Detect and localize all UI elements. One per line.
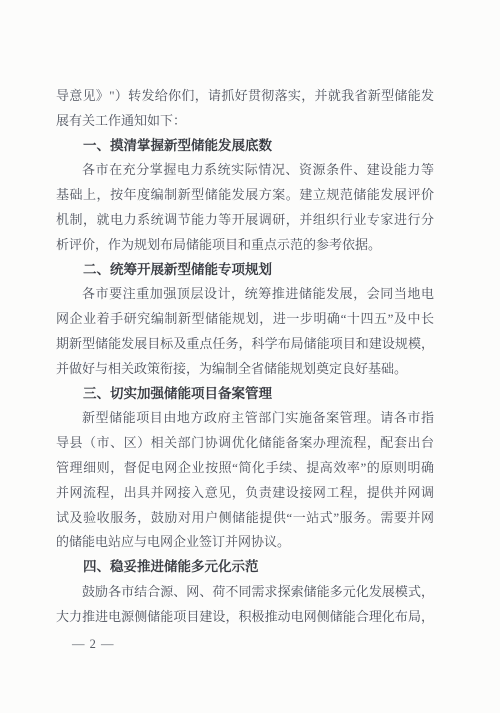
text-line: 展有关工作通知如下：: [56, 109, 434, 134]
text-line: 并做好与相关政策衔接，为编制全省储能规划奠定良好基础。: [56, 357, 434, 382]
text-line: 各市要注重加强顶层设计，统筹推进储能发展，会同当地电: [56, 282, 434, 307]
text-line: 并网流程，出具并网接入意见，负责建设接网工程，提供并网调: [56, 481, 434, 506]
section-heading: 三、切实加强储能项目备案管理: [56, 382, 434, 407]
text-line: 试及验收服务，鼓励对用户侧储能提供“一站式”服务。需要并网: [56, 506, 434, 531]
text-line: 管理细则，督促电网企业按照“简化手续、提高效率”的原则明确: [56, 456, 434, 481]
text-line: 的储能电站应与电网企业签订并网协议。: [56, 530, 434, 555]
section-heading: 四、稳妥推进储能多元化示范: [56, 555, 434, 580]
text-line: 机制，就电力系统调节能力等开展调研，并组织行业专家进行分: [56, 208, 434, 233]
text-line: 新型储能项目由地方政府主管部门实施备案管理。请各市指: [56, 406, 434, 431]
scanned-document-page: 导意见》"）转发给你们，请抓好贯彻落实，并就我省新型储能发 展有关工作通知如下：…: [0, 0, 500, 713]
text-line: 各市在充分掌握电力系统实际情况、资源条件、建设能力等: [56, 158, 434, 183]
text-line: 大力推进电源侧储能项目建设，积极推动电网侧储能合理化布局，: [56, 605, 434, 630]
text-line: 期新型储能发展目标及重点任务，科学布局储能项目和建设规模，: [56, 332, 434, 357]
text-line: 导意见》"）转发给你们，请抓好贯彻落实，并就我省新型储能发: [56, 84, 434, 109]
section-heading: 二、统筹开展新型储能专项规划: [56, 258, 434, 283]
text-line: 网企业着手研究编制新型储能规划，进一步明确“十四五”及中长: [56, 307, 434, 332]
text-line: 鼓励各市结合源、网、荷不同需求探索储能多元化发展模式，: [56, 580, 434, 605]
page-number: — 2 —: [72, 634, 115, 654]
text-line: 导县（市、区）相关部门协调优化储能备案办理流程，配套出台: [56, 431, 434, 456]
text-line: 基础上，按年度编制新型储能发展方案。建立规范储能发展评价: [56, 183, 434, 208]
text-line: 析评价，作为规划布局储能项目和重点示范的参考依据。: [56, 233, 434, 258]
section-heading: 一、摸清掌握新型储能发展底数: [56, 134, 434, 159]
document-body: 导意见》"）转发给你们，请抓好贯彻落实，并就我省新型储能发 展有关工作通知如下：…: [56, 84, 434, 630]
